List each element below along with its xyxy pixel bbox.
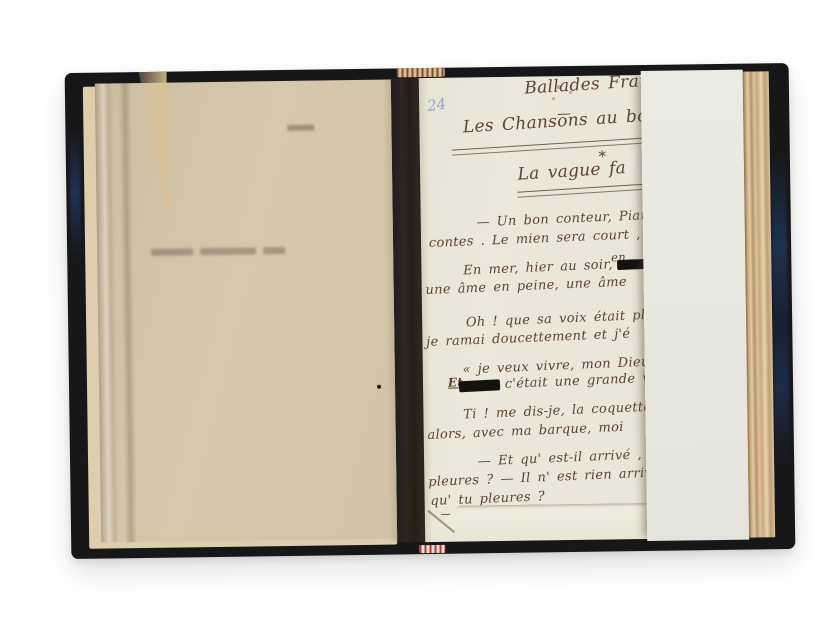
manuscript-line: Ti ! me dis-je, la coquette , (463, 399, 655, 422)
overlapping-blank-page (641, 70, 750, 541)
manuscript-page: 24 Ballades Franç — Les Chansons au bor … (419, 75, 655, 542)
foxing-stain (552, 97, 555, 100)
marbled-cover-edge-left (69, 128, 81, 258)
page-crease (119, 83, 137, 542)
spine-headband (397, 68, 445, 78)
manuscript-line: pleures ? — Il n' est rien arriv (428, 466, 653, 490)
underline-flourish (452, 137, 655, 156)
spine-tailband (419, 545, 445, 553)
underline-flourish (517, 183, 655, 198)
marginal-ink-dot (377, 385, 381, 389)
blue-pencil-folio-number: 24 (426, 95, 448, 116)
manuscript-title-line: Ballades Franç (524, 75, 655, 99)
manuscript-line: une âme en peine, une âme (425, 275, 627, 298)
open-manuscript-book: 24 Ballades Franç — Les Chansons au bor … (65, 63, 796, 559)
manuscript-line: je ramai doucettement et j'é (426, 327, 631, 351)
photo-canvas: 24 Ballades Franç — Les Chansons au bor … (0, 0, 840, 634)
manuscript-line: alors, avec ma barque, moi (427, 420, 624, 443)
faded-ink-smudge (287, 125, 314, 131)
left-blank-page (95, 80, 397, 543)
folded-page-corner (429, 503, 655, 540)
faded-ownership-stamp (151, 247, 285, 256)
manuscript-line: contes . Le mien sera court , i (429, 227, 653, 251)
poem-title-line: La vague fa (517, 158, 627, 185)
marbled-cover-edge-right (771, 153, 790, 463)
ink-redaction (459, 379, 500, 392)
